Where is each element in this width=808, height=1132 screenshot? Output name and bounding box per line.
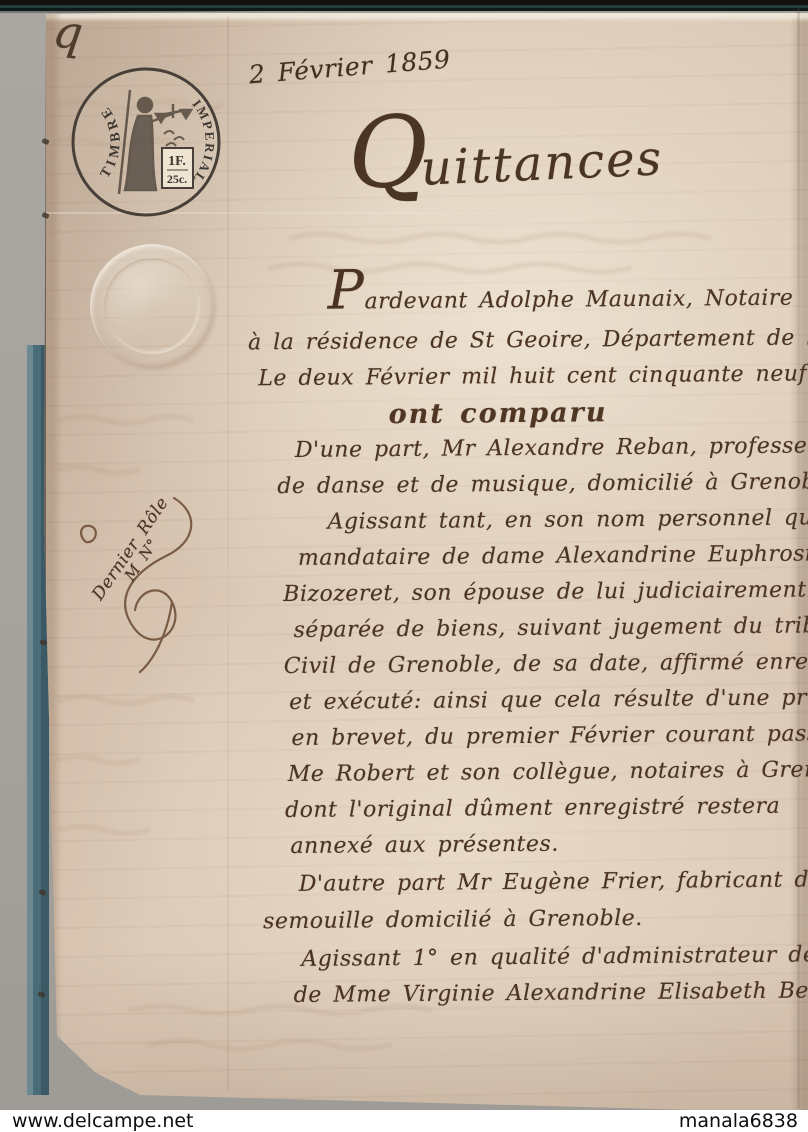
manuscript-line: dont l'original dûment enregistré rester… bbox=[285, 794, 780, 823]
manuscript-line: et exécuté: ainsi que cela résulte d'une… bbox=[289, 685, 808, 715]
manuscript-line: D'une part, Mr Alexandre Reban, professe… bbox=[295, 433, 808, 463]
scanned-document-page: TIMBRE IMPERIAL. 1F. 25c. bbox=[0, 0, 808, 1132]
manuscript-line: de danse et de musique, domicilié à Gren… bbox=[277, 469, 808, 499]
watermark-seller: manala6838 bbox=[679, 1110, 798, 1132]
watermark-site: www.delcampe.net bbox=[12, 1110, 194, 1132]
manuscript-line: annexé aux présentes. bbox=[290, 832, 559, 859]
manuscript-line: Me Robert et son collègue, notaires à Gr… bbox=[288, 757, 808, 787]
manuscript-line: Le deux Février mil huit cent cinquante … bbox=[258, 361, 807, 391]
manuscript-line: D'autre part Mr Eugène Frier, fabricant … bbox=[299, 867, 808, 897]
manuscript-line: ont comparu bbox=[389, 397, 608, 430]
manuscript-line: en brevet, du premier Février courant pa… bbox=[291, 720, 808, 751]
document-title: Quittances bbox=[347, 130, 664, 200]
manuscript-line: semouille domicilié à Grenoble. bbox=[263, 906, 643, 934]
manuscript-line: de Mme Virginie Alexandrine Elisabeth Be… bbox=[294, 977, 808, 1008]
manuscript-line: Pardevant Adolphe Maunaix, Notaire bbox=[328, 286, 794, 315]
manuscript-line: mandataire de dame Alexandrine Euphrosin… bbox=[298, 541, 808, 571]
corner-pen-mark: q bbox=[50, 3, 87, 60]
document-date: 2 Février 1859 bbox=[248, 45, 452, 90]
manuscript-line: Civil de Grenoble, de sa date, affirmé e… bbox=[284, 649, 808, 679]
manuscript-line: Bizozeret, son épouse de lui judiciairem… bbox=[283, 577, 807, 607]
manuscript-line: séparée de biens, suivant jugement du tr… bbox=[293, 613, 808, 643]
manuscript-line: Agissant 1° en qualité d'administrateur … bbox=[301, 942, 808, 972]
manuscript-line: Agissant tant, en son nom personnel que … bbox=[328, 504, 808, 534]
margin-note: Dernier Rôle M N° bbox=[88, 494, 184, 612]
manuscript-text-layer: q 2 Février 1859 Quittances Dernier Rôle… bbox=[0, 0, 808, 1132]
manuscript-line: à la résidence de St Geoire, Département… bbox=[248, 324, 808, 356]
watermark-bar: www.delcampe.net manala6838 bbox=[0, 1110, 808, 1132]
margin-note-line1: Dernier Rôle bbox=[88, 494, 173, 604]
